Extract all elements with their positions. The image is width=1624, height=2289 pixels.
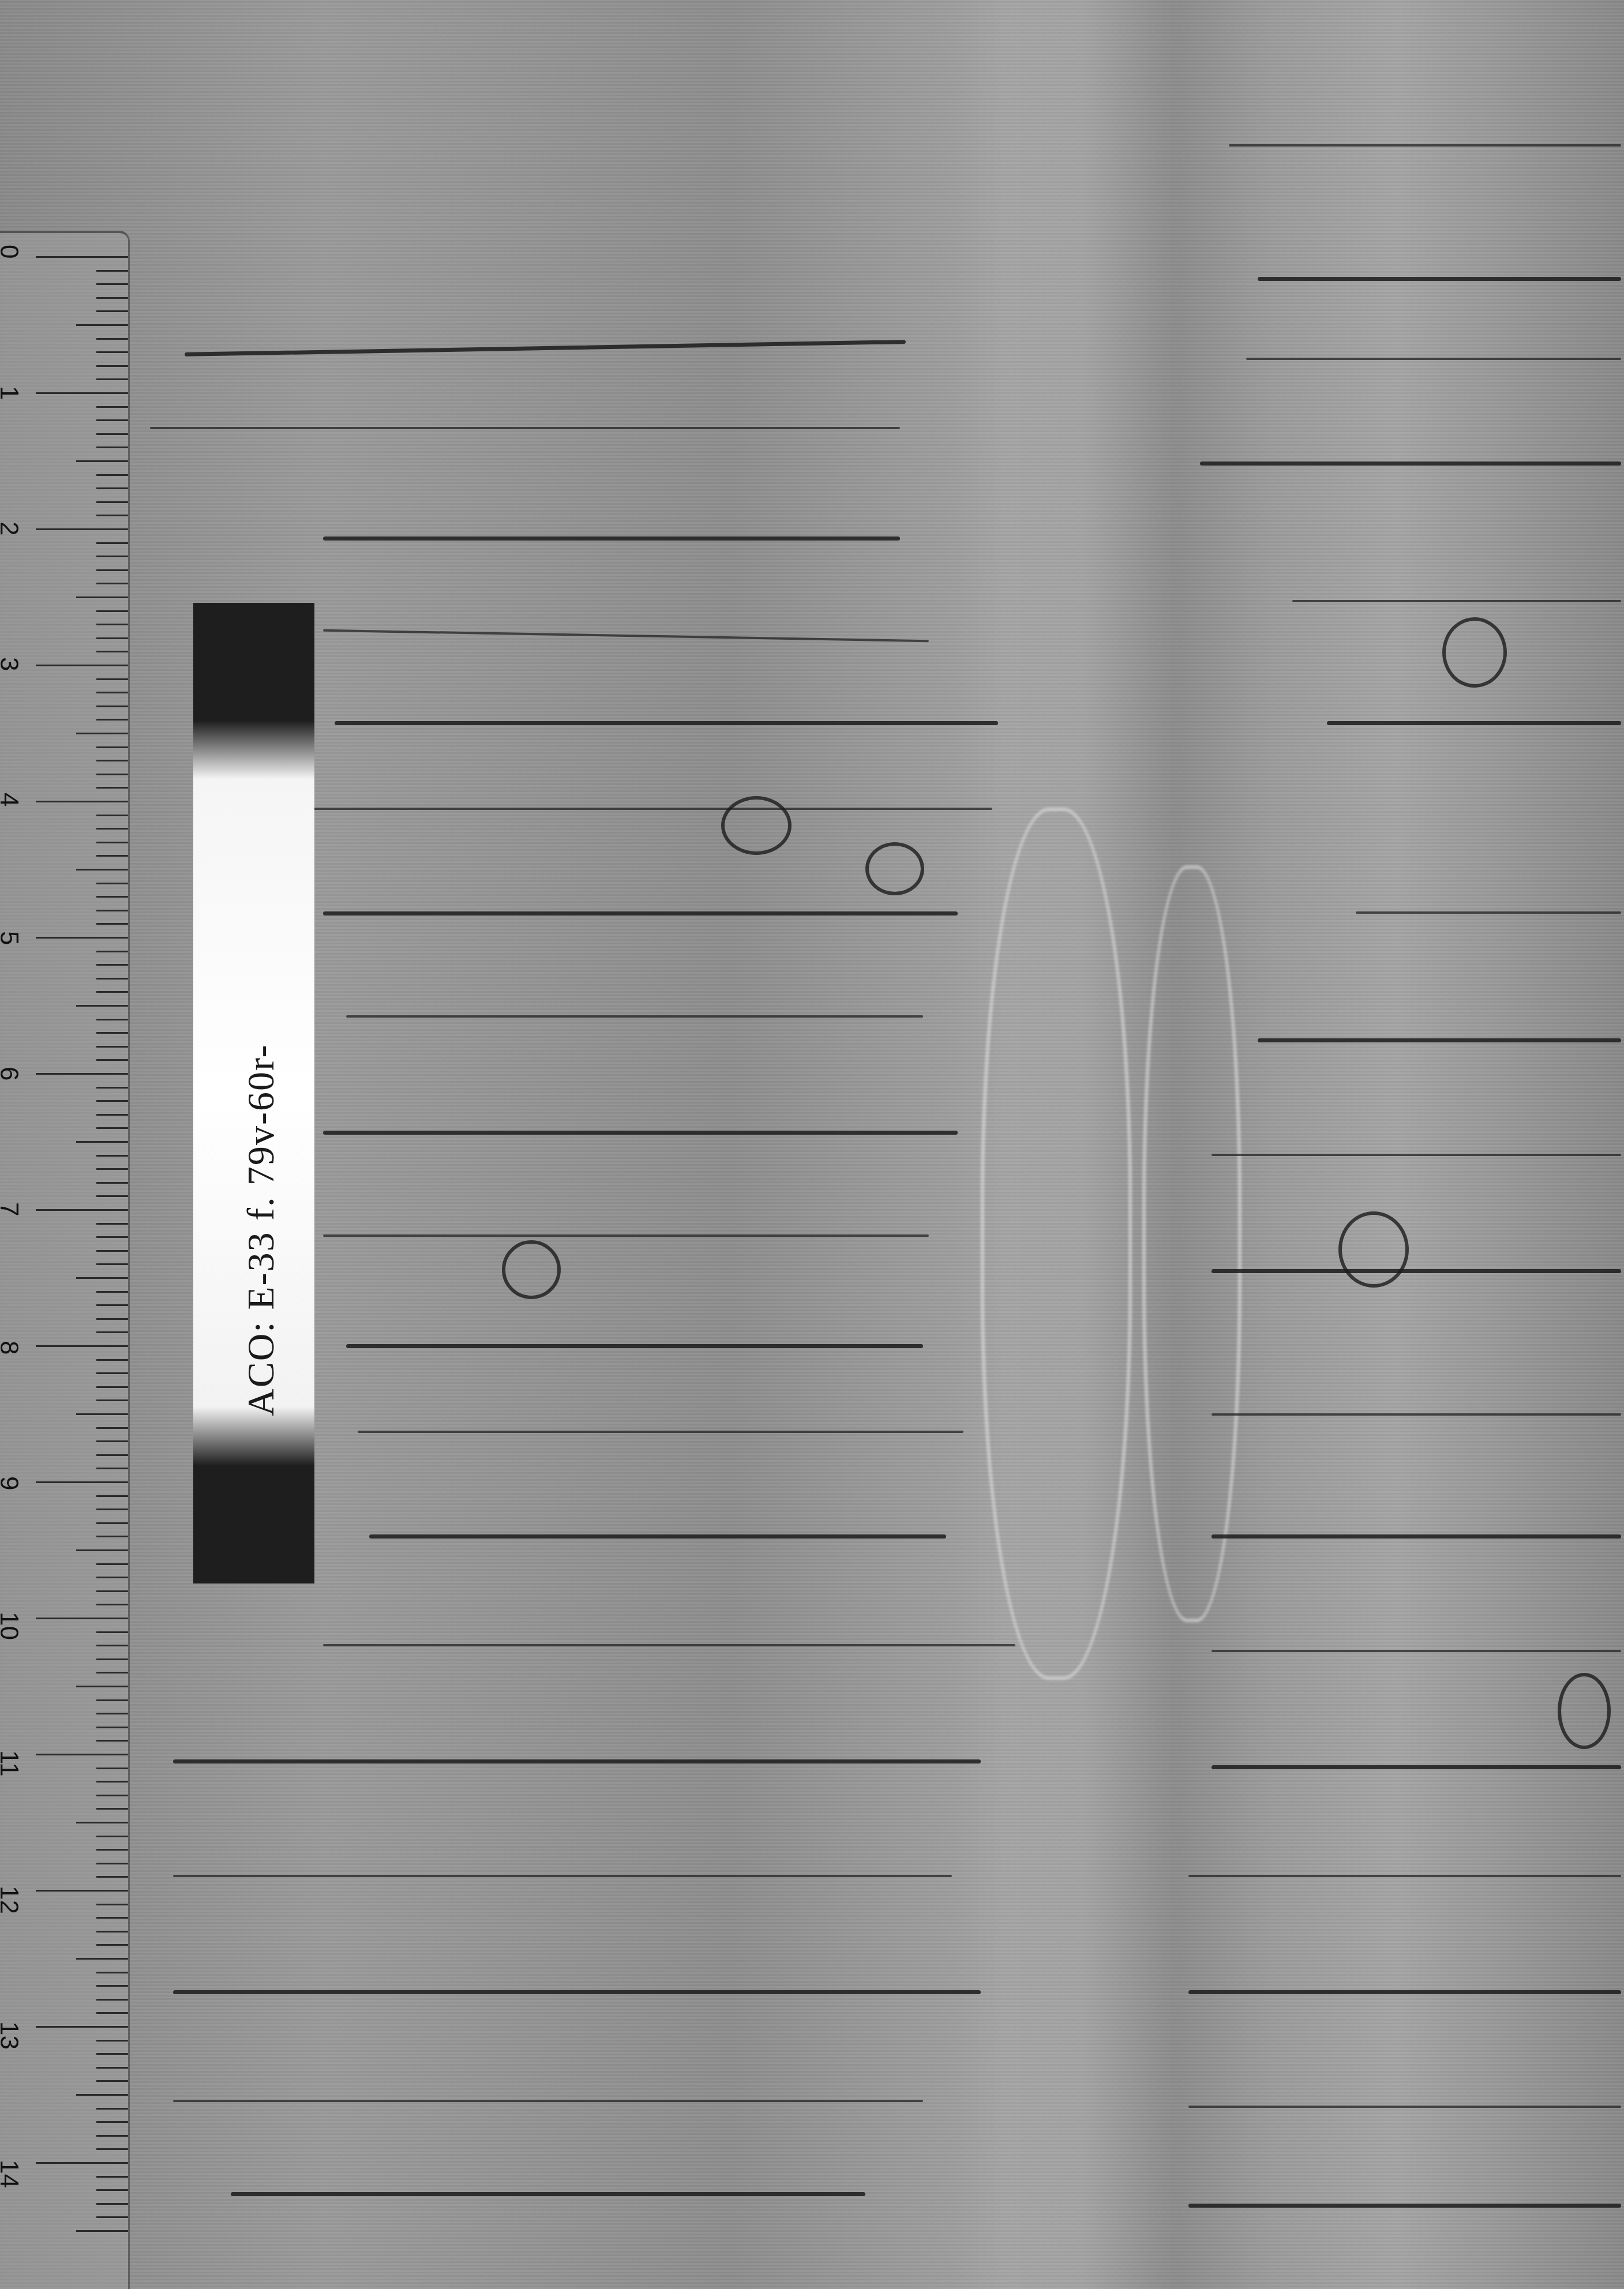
- ruler-tick: [96, 746, 128, 748]
- ruler-tick: [76, 324, 128, 326]
- ruler-tick: [76, 596, 128, 598]
- ruler-tick: [36, 256, 128, 258]
- ruler-tick: [76, 1822, 128, 1823]
- ruler-tick: [76, 1958, 128, 1960]
- ruler-tick: [96, 896, 128, 898]
- ruler-tick: [36, 1754, 128, 1755]
- ruler-tick: [96, 1672, 128, 1673]
- ruler-tick: [36, 1890, 128, 1892]
- ruler-tick: [96, 678, 128, 680]
- ruler-tick: [96, 1944, 128, 1946]
- ruler-mark: 1: [0, 386, 23, 400]
- ruler-tick: [96, 406, 128, 408]
- ruler-tick: [76, 1141, 128, 1143]
- archive-label-text: ACO: E-33 f. 79v-60r-: [239, 1044, 283, 1416]
- ruler-mark: 7: [0, 1202, 23, 1216]
- ruler-tick: [96, 1250, 128, 1252]
- ruler-tick: [96, 991, 128, 993]
- ruler-tick: [96, 1386, 128, 1388]
- ruler-tick: [96, 1985, 128, 1987]
- ruler-tick: [96, 1291, 128, 1293]
- ruler-tick: [96, 2108, 128, 2110]
- ruler-tick: [96, 446, 128, 448]
- ruler-tick: [96, 1304, 128, 1306]
- ruler-tick: [36, 1209, 128, 1211]
- ruler-tick: [36, 1481, 128, 1483]
- ruler-tick: [96, 910, 128, 911]
- ruler-tick: [96, 515, 128, 516]
- ruler-tick: [96, 651, 128, 652]
- ruler-tick: [96, 1645, 128, 1646]
- ruler-tick: [96, 1740, 128, 1742]
- ruler-tick: [36, 528, 128, 530]
- ruler-tick: [96, 1359, 128, 1361]
- ruler-tick: [96, 719, 128, 721]
- ruler-tick: [96, 2148, 128, 2150]
- water-stain: [981, 808, 1132, 1680]
- archive-label: ACO: E-33 f. 79v-60r-: [193, 603, 314, 1583]
- ruler-mark: 9: [0, 1476, 23, 1490]
- ruler-tick: [96, 474, 128, 476]
- ruler-tick: [96, 542, 128, 544]
- ruler-tick: [96, 706, 128, 707]
- ruler-tick: [96, 1318, 128, 1320]
- ruler-tick: [96, 1808, 128, 1810]
- ruler-tick: [96, 1768, 128, 1769]
- ruler-tick: [96, 2176, 128, 2178]
- ruler-tick: [96, 297, 128, 299]
- ruler-tick: [96, 760, 128, 761]
- ruler-tick: [36, 1345, 128, 1347]
- ruler-mark: 3: [0, 657, 23, 671]
- ruler-tick: [96, 1182, 128, 1184]
- ruler-tick: [96, 1127, 128, 1129]
- ruler-tick: [96, 1263, 128, 1265]
- ruler-mark: 12: [0, 1886, 23, 1914]
- ruler-tick: [96, 1331, 128, 1333]
- ruler-tick: [76, 869, 128, 870]
- ruler-tick: [96, 1019, 128, 1020]
- ruler-tick: [76, 2230, 128, 2232]
- ruler-tick: [96, 1155, 128, 1157]
- ruler-tick: [36, 937, 128, 939]
- ruler-tick: [96, 569, 128, 571]
- ruler-tick: [96, 624, 128, 625]
- ruler-tick: [96, 1100, 128, 1102]
- ruler-tick: [96, 637, 128, 639]
- ruler-tick: [96, 1917, 128, 1919]
- ruler-tick: [96, 1631, 128, 1633]
- ruler-mark: 0: [0, 245, 23, 258]
- ruler-tick: [96, 583, 128, 584]
- ruler-tick: [96, 815, 128, 816]
- ruler-tick: [96, 2189, 128, 2191]
- ruler-tick: [76, 1549, 128, 1551]
- ruler-tick: [96, 1795, 128, 1796]
- ruler-tick: [96, 2135, 128, 2137]
- ruler-tick: [36, 392, 128, 394]
- ruler-tick: [96, 310, 128, 312]
- ruler-tick: [96, 1658, 128, 1660]
- ruler-mark: 11: [0, 1750, 23, 1777]
- ruler-tick: [96, 923, 128, 925]
- manuscript-page: 0 1 2 3 4 5 6 7 8 9 10 11 12 13 14 ACO: …: [0, 0, 1624, 2289]
- ruler-mark: 2: [0, 521, 23, 535]
- ruler-tick: [96, 1563, 128, 1565]
- ruler-tick: [76, 2094, 128, 2096]
- ruler-tick: [96, 828, 128, 830]
- ruler-mark: 10: [0, 1612, 23, 1640]
- ruler-tick: [96, 351, 128, 353]
- ruler-tick: [96, 1836, 128, 1837]
- ruler-tick: [96, 787, 128, 789]
- ruler-tick: [96, 2040, 128, 2042]
- ruler-tick: [96, 1577, 128, 1578]
- ruler-tick: [96, 855, 128, 857]
- ruler-tick: [76, 1005, 128, 1007]
- ruler-mark: 5: [0, 931, 23, 945]
- ruler-tick: [96, 1863, 128, 1864]
- ruler-tick: [96, 1727, 128, 1728]
- ruler-tick: [96, 1522, 128, 1524]
- ruler-tick: [36, 1073, 128, 1075]
- ruler-tick: [96, 978, 128, 980]
- ruler-tick: [96, 1604, 128, 1605]
- ruler-tick: [76, 1686, 128, 1687]
- ruler-mark: 14: [0, 2160, 23, 2188]
- ruler-tick: [96, 1999, 128, 2001]
- ruler-tick: [96, 270, 128, 272]
- water-stain: [1142, 865, 1242, 1622]
- ruler-tick: [96, 365, 128, 367]
- ruler-tick: [96, 1223, 128, 1225]
- ruler-tick: [76, 1277, 128, 1279]
- ruler-tick: [76, 460, 128, 462]
- ruler-tick: [96, 842, 128, 843]
- ruler-mark: 4: [0, 793, 23, 806]
- ruler-tick: [96, 501, 128, 503]
- ruler-tick: [96, 1509, 128, 1510]
- ruler-tick: [96, 1372, 128, 1374]
- ruler-tick: [96, 1699, 128, 1701]
- ruler-tick: [96, 951, 128, 952]
- ruler-mark: 6: [0, 1067, 23, 1080]
- ruler-tick: [96, 1087, 128, 1089]
- ruler-tick: [96, 692, 128, 693]
- ruler-tick: [96, 883, 128, 884]
- ruler-tick: [96, 433, 128, 435]
- ruler-tick: [36, 1618, 128, 1619]
- ruler-tick: [96, 1495, 128, 1497]
- ruler-tick: [96, 1972, 128, 1973]
- ruler-tick: [96, 1236, 128, 1238]
- ruler-tick: [96, 610, 128, 612]
- ruler-tick: [96, 1468, 128, 1469]
- ruler-tick: [96, 1454, 128, 1456]
- ruler-tick: [96, 1440, 128, 1442]
- ruler-tick: [96, 2216, 128, 2218]
- ruler-tick: [36, 2162, 128, 2164]
- ruler-mark: 13: [0, 2021, 23, 2050]
- ruler-tick: [96, 378, 128, 380]
- ruler-tick: [96, 1536, 128, 1537]
- ruler-tick: [96, 1904, 128, 1905]
- ruler-tick: [96, 487, 128, 489]
- ruler-tick: [96, 338, 128, 340]
- ruler-tick: [96, 1168, 128, 1170]
- ruler-tick: [96, 283, 128, 285]
- ruler-tick: [96, 1781, 128, 1783]
- ruler-tick: [96, 1059, 128, 1061]
- ruler-tick: [96, 2053, 128, 2055]
- ruler-tick: [96, 1114, 128, 1116]
- ruler-tick: [96, 2012, 128, 2014]
- ruler-tick: [76, 733, 128, 734]
- ruler-tick: [96, 419, 128, 421]
- ruler-tick: [96, 1399, 128, 1401]
- ruler-tick: [96, 774, 128, 775]
- ruler-tick: [96, 556, 128, 557]
- ruler-tick: [96, 2080, 128, 2082]
- ruler-tick: [96, 1590, 128, 1592]
- ruler-tick: [96, 1876, 128, 1878]
- ruler-tick: [96, 2203, 128, 2205]
- ruler-tick: [96, 1931, 128, 1932]
- ruler-tick: [96, 1195, 128, 1197]
- ruler-tick: [96, 964, 128, 966]
- ruler-tick: [36, 801, 128, 802]
- ruler-tick: [96, 1713, 128, 1714]
- ruler-tick: [36, 665, 128, 666]
- ruler-tick: [76, 1413, 128, 1415]
- measurement-ruler: 0 1 2 3 4 5 6 7 8 9 10 11 12 13 14: [0, 231, 130, 2289]
- ruler-tick: [96, 2121, 128, 2123]
- ruler-tick: [96, 1849, 128, 1851]
- ruler-mark: 8: [0, 1341, 23, 1354]
- ruler-tick: [36, 2026, 128, 2028]
- ruler-tick: [96, 2067, 128, 2069]
- ruler-tick: [96, 1427, 128, 1429]
- ruler-tick: [96, 1032, 128, 1034]
- ruler-tick: [96, 1046, 128, 1048]
